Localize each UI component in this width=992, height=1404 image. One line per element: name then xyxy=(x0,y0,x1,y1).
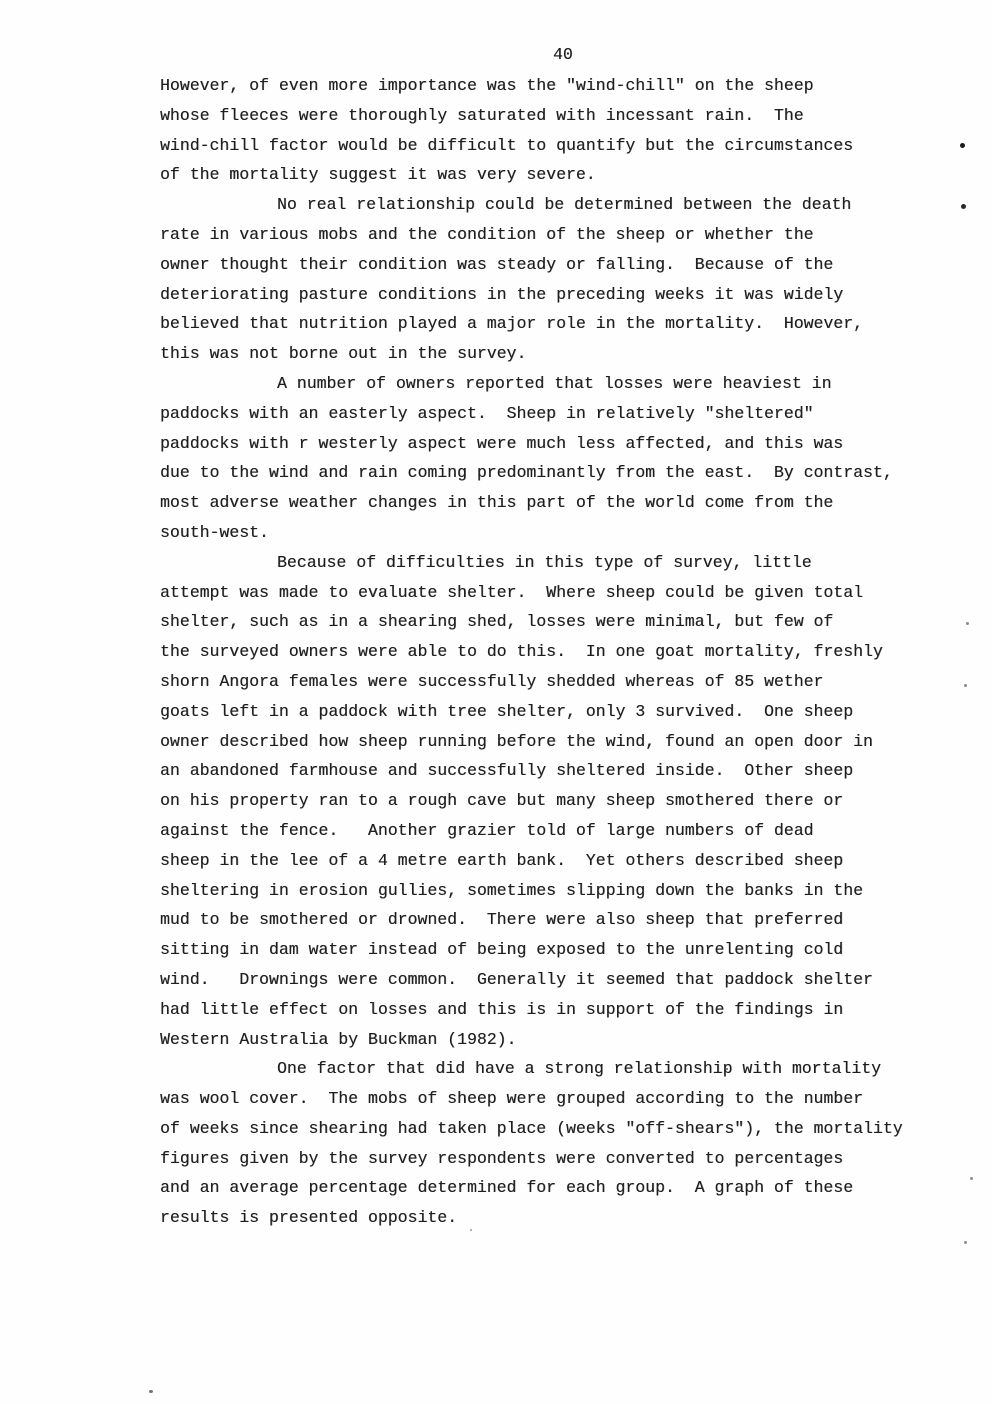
scan-speck xyxy=(149,1390,153,1393)
scan-speck xyxy=(470,1229,472,1231)
document-page: 40 However, of even more importance was … xyxy=(0,0,992,1404)
paragraph-wool-cover: One factor that did have a strong relati… xyxy=(160,1054,960,1233)
scan-speck xyxy=(961,204,966,209)
scan-speck xyxy=(964,1241,967,1244)
scan-speck xyxy=(964,684,967,687)
paragraph-shelter: Because of difficulties in this type of … xyxy=(160,548,960,1055)
scan-speck xyxy=(970,1177,973,1180)
scan-speck xyxy=(960,143,965,148)
paragraph-death-rate: No real relationship could be determined… xyxy=(160,190,960,369)
page-body: However, of even more importance was the… xyxy=(160,71,960,1233)
scan-speck xyxy=(726,1068,728,1070)
paragraph-wind-chill: However, of even more importance was the… xyxy=(160,71,960,190)
paragraph-paddock-aspect: A number of owners reported that losses … xyxy=(160,369,960,548)
page-number: 40 xyxy=(553,44,573,66)
scan-speck xyxy=(966,622,969,625)
